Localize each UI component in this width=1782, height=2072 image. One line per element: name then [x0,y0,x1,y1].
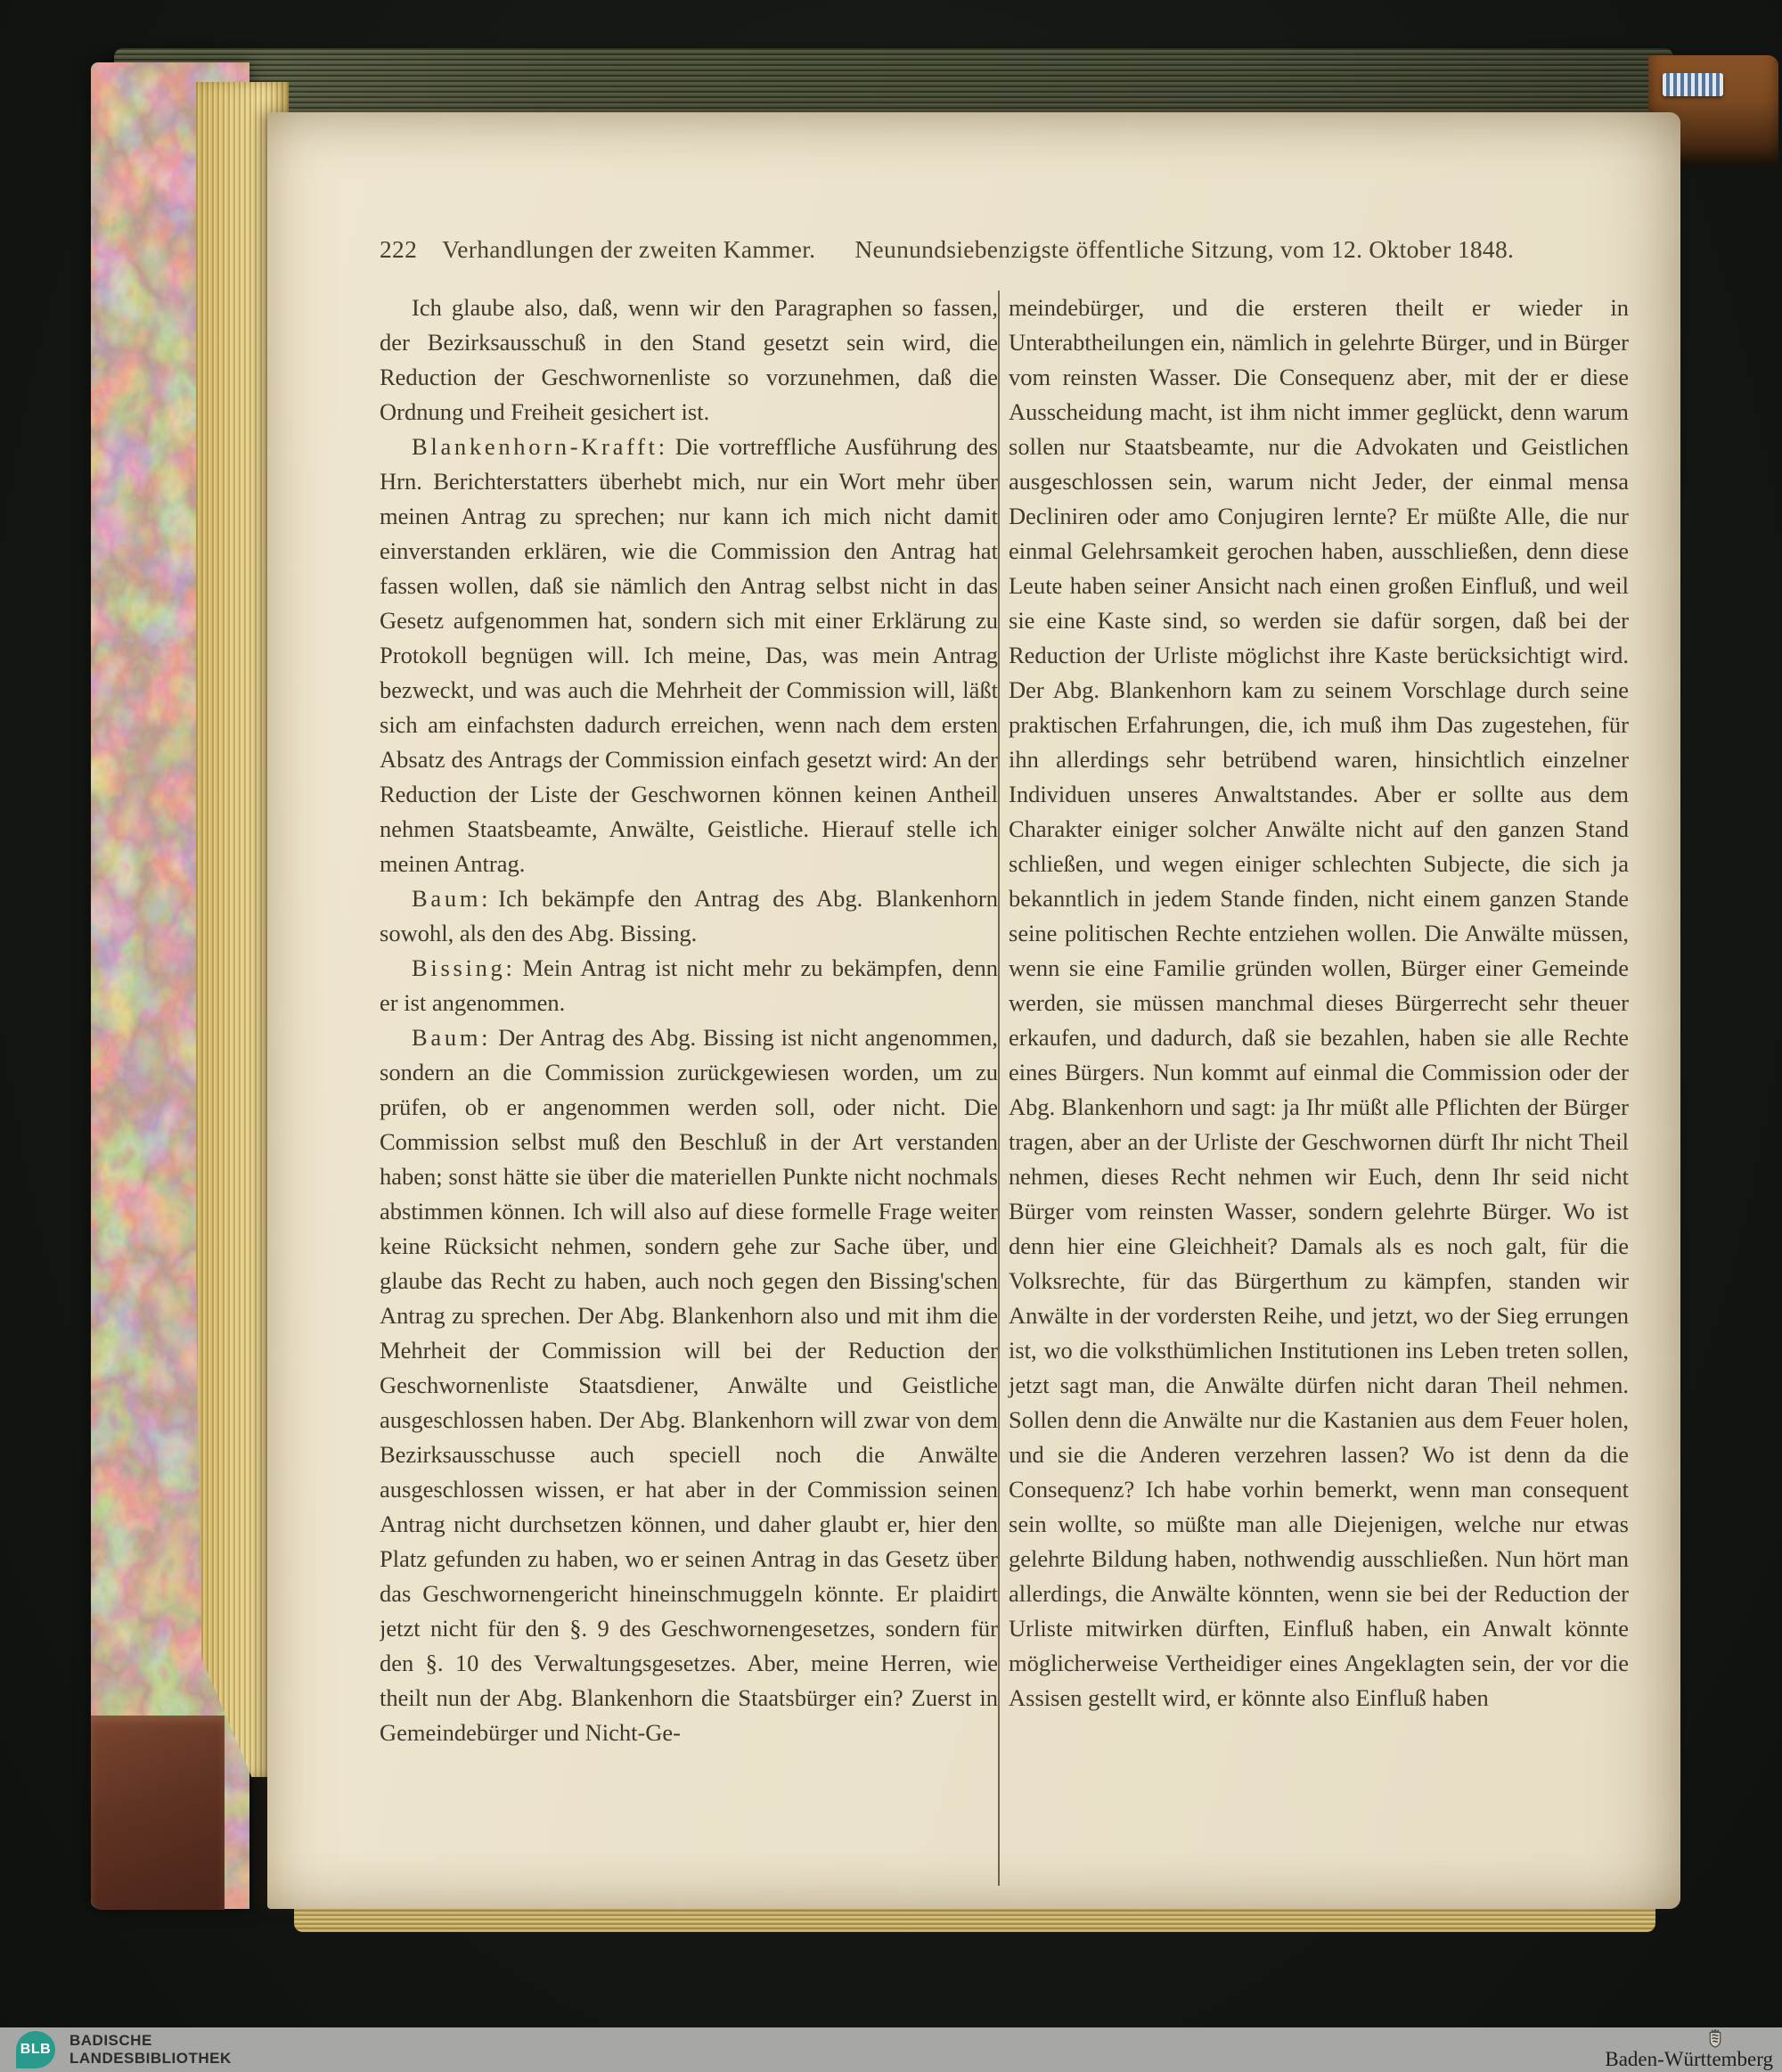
speaker-name: Baum: [412,885,498,912]
text-column-right: meindebürger, und die ersteren theilt er… [998,291,1629,1886]
library-name: BADISCHE LANDESBIBLIOTHEK [69,2032,232,2068]
paragraph: Ich glaube also, daß, wenn wir den Parag… [380,291,998,430]
paragraph-text: meindebürger, und die ersteren theilt er… [1009,294,1629,1711]
text-column-left: Ich glaube also, daß, wenn wir den Parag… [380,291,998,1886]
paragraph-text: Ich glaube also, daß, wenn wir den Parag… [380,294,998,425]
header-session: Neunundsiebenzigste öffentliche Sitzung,… [854,235,1514,263]
library-name-line1: BADISCHE [69,2032,232,2050]
bookmark-ribbon [1663,73,1723,96]
book-top-edge [114,48,1673,121]
speaker-name: Bissing: [412,954,523,981]
paragraph: Baum:Der Antrag des Abg. Bissing ist nic… [380,1020,998,1750]
paragraph: meindebürger, und die ersteren theilt er… [1009,291,1629,1716]
bw-logo: Baden-Württemberg [1605,2027,1773,2072]
book-page: 222Verhandlungen der zweiten Kammer.Neun… [267,112,1680,1909]
paragraph: Baum:Ich bekämpfe den Antrag des Abg. Bl… [380,881,998,951]
paragraph: Blankenhorn-Krafft:Die vortreffliche Aus… [380,430,998,881]
text-columns: Ich glaube also, daß, wenn wir den Parag… [380,291,1631,1886]
page-number: 222 [380,235,417,263]
paragraph-text: Die vortreffliche Ausführung des Hrn. Be… [380,433,998,877]
page-header: 222Verhandlungen der zweiten Kammer.Neun… [380,232,1631,267]
footer-bar: BLB BADISCHE LANDESBIBLIOTHEK Baden-Würt… [0,2027,1782,2072]
blb-logo: BLB BADISCHE LANDESBIBLIOTHEK [16,2031,232,2068]
state-label: Baden-Württemberg [1605,2049,1773,2072]
blb-logo-icon: BLB [16,2031,55,2068]
speaker-name: Baum: [412,1024,498,1051]
blb-abbr: BLB [20,2042,51,2058]
paragraph: Bissing:Mein Antrag ist nicht mehr zu be… [380,951,998,1020]
page-bottom-edge [294,1905,1655,1932]
scanned-book-photo: { "header": { "page_number": "222", "tit… [0,0,1782,2072]
bw-coat-of-arms-icon [1704,2028,1727,2049]
leather-corner [91,1716,225,1910]
library-name-line2: LANDESBIBLIOTHEK [69,2050,232,2068]
paragraph-text: Der Antrag des Abg. Bissing ist nicht an… [380,1024,998,1746]
header-title: Verhandlungen der zweiten Kammer. [442,235,815,263]
speaker-name: Blankenhorn-Krafft: [412,433,675,460]
